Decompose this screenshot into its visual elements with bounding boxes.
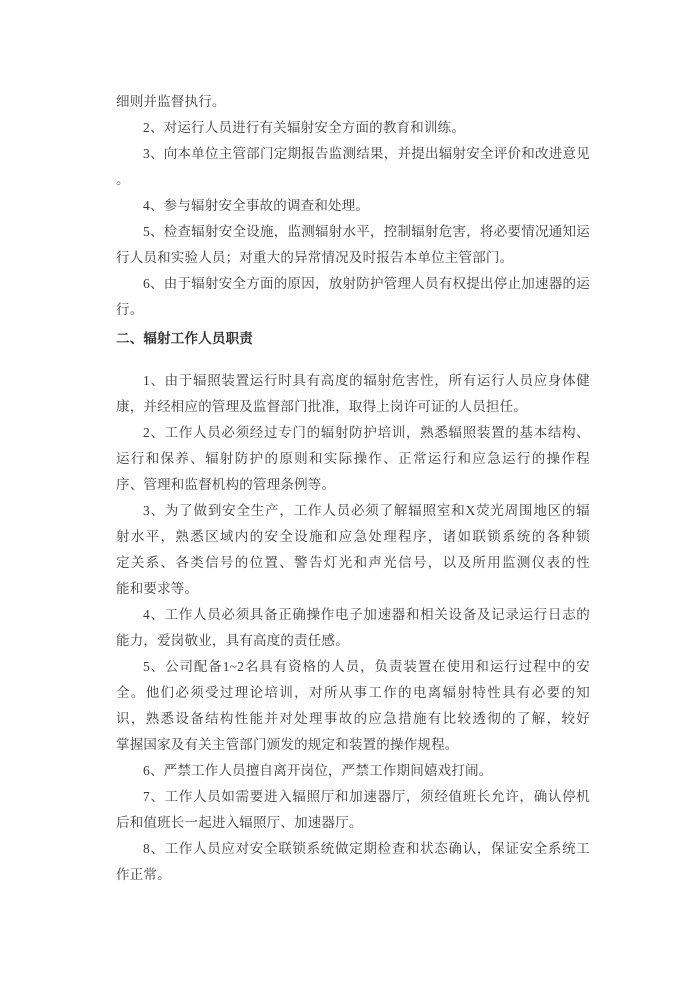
text-line: 2、工作人员必须经过专门的辐射防护培训，熟悉辐照装置的基本结构、 <box>116 420 590 446</box>
text-line: 5、公司配备1~2名具有资格的人员，负责装置在使用和运行过程中的安 <box>116 654 590 680</box>
text-line: 细则并监督执行。 <box>116 89 590 115</box>
text-line: 6、严禁工作人员擅自离开岗位，严禁工作期间嬉戏打闹。 <box>116 758 590 784</box>
text-line: 运行和保养、辐射防护的原则和实际操作、正常运行和应急运行的操作程 <box>116 446 590 472</box>
text-line: 8、工作人员应对安全联锁系统做定期检查和状态确认，保证安全系统工 <box>116 836 590 862</box>
text-line: 5、检查辐射安全设施，监测辐射水平，控制辐射危害，将必要情况通知运 <box>116 219 590 245</box>
text-line: 识，熟悉设备结构性能并对处理事故的应急措施有比较透彻的了解，较好 <box>116 706 590 732</box>
text-line: 2、对运行人员进行有关辐射安全方面的教育和训练。 <box>116 115 590 141</box>
text-line: 7、工作人员如需要进入辐照厅和加速器厅，须经值班长允许，确认停机 <box>116 784 590 810</box>
text-line: 能和要求等。 <box>116 576 590 602</box>
text-line: 1、由于辐照装置运行时具有高度的辐射危害性，所有运行人员应身体健 <box>116 368 590 394</box>
text-line: 。 <box>116 167 590 193</box>
text-line: 行人员和实验人员；对重大的异常情况及时报告本单位主管部门。 <box>116 245 590 271</box>
text-line: 定关系、各类信号的位置、警告灯光和声光信号，以及所用监测仪表的性 <box>116 550 590 576</box>
text-line: 康，并经相应的管理及监督部门批准，取得上岗许可证的人员担任。 <box>116 394 590 420</box>
section-heading: 二、辐射工作人员职责 <box>116 326 590 352</box>
text-line: 序、管理和监督机构的管理条例等。 <box>116 472 590 498</box>
text-line: 能力，爱岗敬业，具有高度的责任感。 <box>116 628 590 654</box>
document-page: 细则并监督执行。 2、对运行人员进行有关辐射安全方面的教育和训练。 3、向本单位… <box>0 0 700 990</box>
text-line: 射水平，熟悉区域内的安全设施和应急处理程序，诸如联锁系统的各种锁 <box>116 524 590 550</box>
text-line: 作正常。 <box>116 862 590 888</box>
text-line: 4、参与辐射安全事故的调查和处理。 <box>116 193 590 219</box>
page-content: 细则并监督执行。 2、对运行人员进行有关辐射安全方面的教育和训练。 3、向本单位… <box>0 0 590 888</box>
text-line: 掌握国家及有关主管部门颁发的规定和装置的操作规程。 <box>116 732 590 758</box>
text-line: 行。 <box>116 297 590 323</box>
text-line: 3、向本单位主管部门定期报告监测结果，并提出辐射安全评价和改进意见 <box>116 141 590 167</box>
text-line: 全。他们必须受过理论培训，对所从事工作的电离辐射特性具有必要的知 <box>116 680 590 706</box>
text-line: 3、为了做到安全生产，工作人员必须了解辐照室和X荧光周围地区的辐 <box>116 498 590 524</box>
text-line: 6、由于辐射安全方面的原因，放射防护管理人员有权提出停止加速器的运 <box>116 271 590 297</box>
text-line: 4、工作人员必须具备正确操作电子加速器和相关设备及记录运行日志的 <box>116 602 590 628</box>
text-line: 后和值班长一起进入辐照厅、加速器厅。 <box>116 810 590 836</box>
